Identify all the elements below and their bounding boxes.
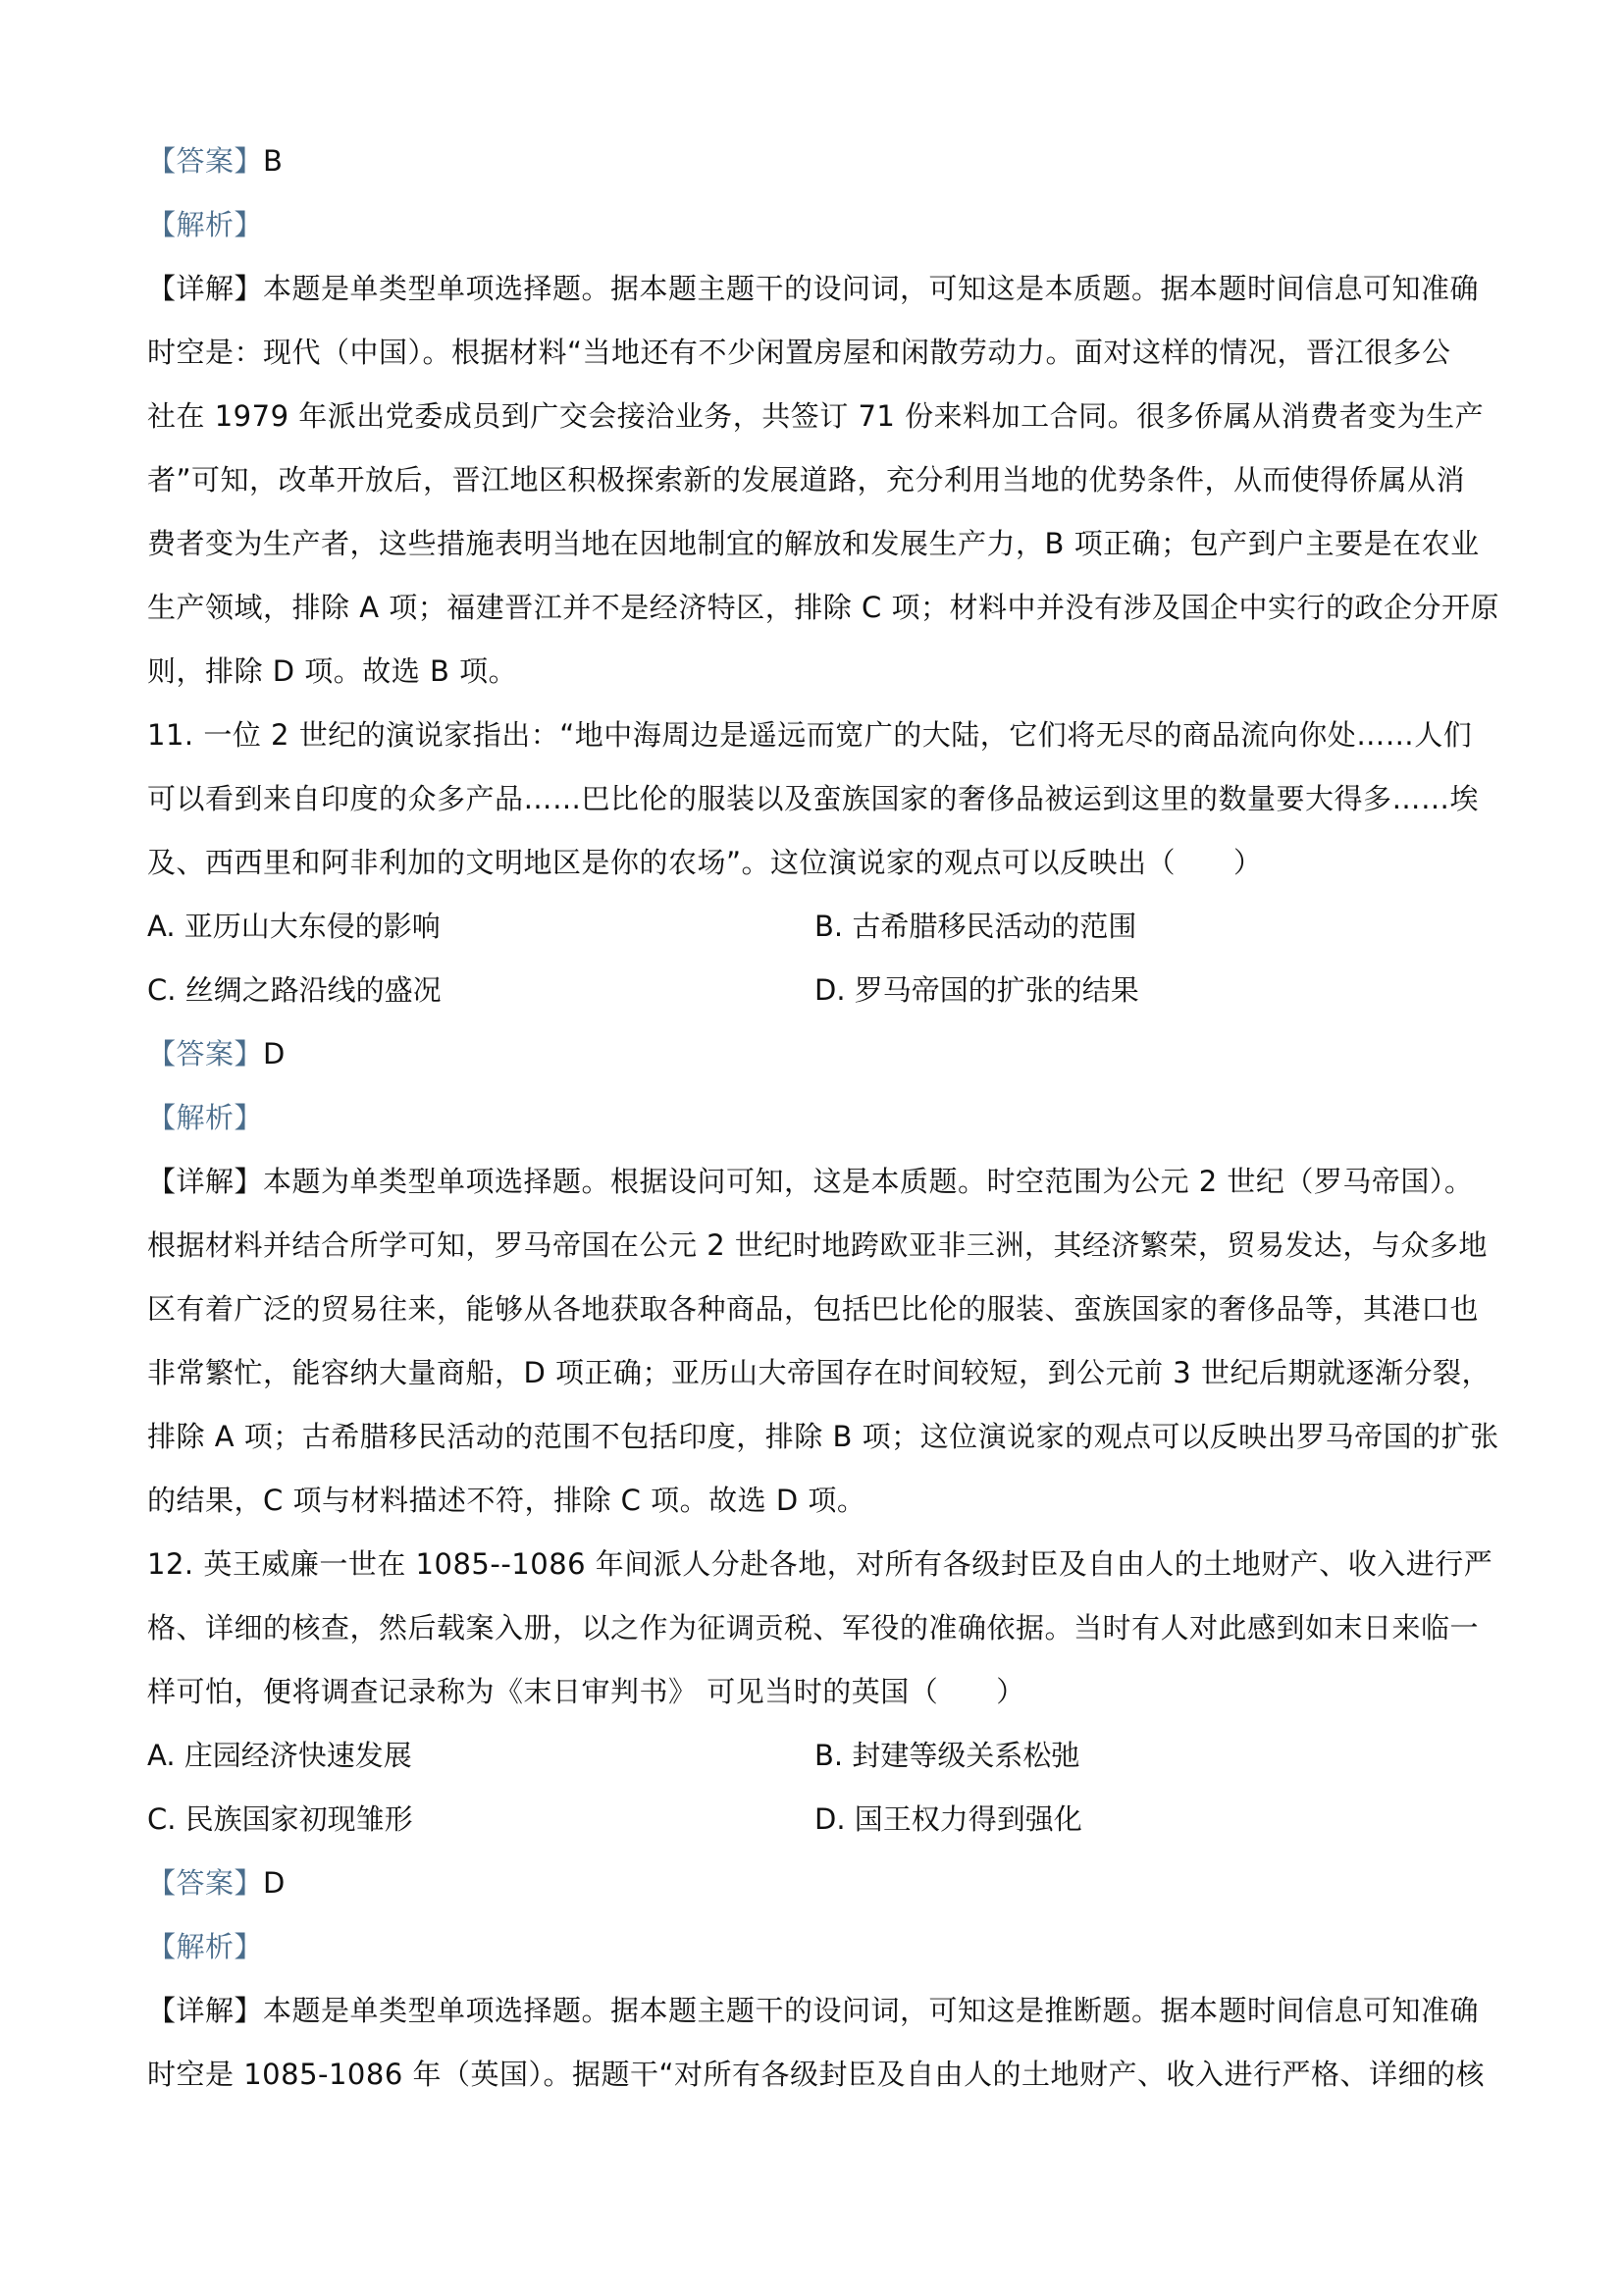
detail-label: 【详解】 [147,1994,263,2027]
option-a: A. 庄园经济快速发展 [147,1724,814,1788]
analysis-label: 【解析】 [147,208,263,241]
options-row: C. 民族国家初现雏形 D. 国王权力得到强化 [147,1788,1487,1852]
detail-text: 本题为单类型单项选择题。根据设问可知，这是本质题。时空范围为公元 2 世纪（罗马… [263,1165,1473,1198]
answer-value: D [263,1866,286,1900]
detail-line: 【详解】本题是单类型单项选择题。据本题主题干的设问词，可知这是本质题。据本题时间… [147,257,1487,321]
analysis-label: 【解析】 [147,1930,263,1963]
analysis-heading: 【解析】 [147,193,1487,257]
question-stem: 样可怕，便将调查记录称为《末日审判书》 可见当时的英国（ ） [147,1660,1487,1724]
detail-line: 排除 A 项；古希腊移民活动的范围不包括印度，排除 B 项；这位演说家的观点可以… [147,1405,1487,1469]
question-stem: 12. 英王威廉一世在 1085--1086 年间派人分赴各地，对所有各级封臣及… [147,1533,1487,1596]
answer-line: 【答案】D [147,1022,1487,1086]
detail-line: 区有着广泛的贸易往来，能够从各地获取各种商品，包括巴比伦的服装、蛮族国家的奢侈品… [147,1278,1487,1341]
detail-line: 的结果，C 项与材料描述不符，排除 C 项。故选 D 项。 [147,1469,1487,1533]
option-d: D. 国王权力得到强化 [814,1788,1482,1852]
answer-line: 【答案】B [147,130,1487,193]
detail-label: 【详解】 [147,1165,263,1198]
detail-text: 本题是单类型单项选择题。据本题主题干的设问词，可知这是推断题。据本题时间信息可知… [263,1994,1479,2027]
detail-text: 本题是单类型单项选择题。据本题主题干的设问词，可知这是本质题。据本题时间信息可知… [263,272,1479,305]
detail-line: 【详解】本题是单类型单项选择题。据本题主题干的设问词，可知这是推断题。据本题时间… [147,1979,1487,2043]
answer-value: B [263,144,283,178]
question-stem: 及、西西里和阿非利加的文明地区是你的农场”。这位演说家的观点可以反映出（ ） [147,831,1487,895]
detail-label: 【详解】 [147,272,263,305]
detail-line: 根据材料并结合所学可知，罗马帝国在公元 2 世纪时地跨欧亚非三洲，其经济繁荣，贸… [147,1214,1487,1278]
answer-value: D [263,1037,286,1070]
answer-label: 【答案】 [147,1037,263,1070]
answer-label: 【答案】 [147,1866,263,1900]
option-c: C. 丝绸之路沿线的盛况 [147,959,814,1022]
option-b: B. 封建等级关系松弛 [814,1724,1482,1788]
answer-line: 【答案】D [147,1852,1487,1915]
options-row: C. 丝绸之路沿线的盛况 D. 罗马帝国的扩张的结果 [147,959,1487,1022]
question-stem: 格、详细的核查，然后载案入册，以之作为征调贡税、军役的准确依据。当时有人对此感到… [147,1596,1487,1660]
document-page: 【答案】B 【解析】 【详解】本题是单类型单项选择题。据本题主题干的设问词，可知… [147,130,1487,2107]
question-stem: 11. 一位 2 世纪的演说家指出：“地中海周边是遥远而宽广的大陆，它们将无尽的… [147,704,1487,767]
detail-line: 则，排除 D 项。故选 B 项。 [147,640,1487,704]
detail-line: 时空是：现代（中国）。根据材料“当地还有不少闲置房屋和闲散劳动力。面对这样的情况… [147,321,1487,385]
detail-line: 费者变为生产者，这些措施表明当地在因地制宜的解放和发展生产力，B 项正确；包产到… [147,512,1487,576]
options-row: A. 亚历山大东侵的影响 B. 古希腊移民活动的范围 [147,895,1487,959]
option-b: B. 古希腊移民活动的范围 [814,895,1482,959]
analysis-heading: 【解析】 [147,1915,1487,1979]
question-stem: 可以看到来自印度的众多产品……巴比伦的服装以及蛮族国家的奢侈品被运到这里的数量要… [147,767,1487,831]
option-a: A. 亚历山大东侵的影响 [147,895,814,959]
detail-line: 生产领域，排除 A 项；福建晋江并不是经济特区，排除 C 项；材料中并没有涉及国… [147,576,1487,640]
analysis-heading: 【解析】 [147,1086,1487,1150]
option-d: D. 罗马帝国的扩张的结果 [814,959,1482,1022]
options-row: A. 庄园经济快速发展 B. 封建等级关系松弛 [147,1724,1487,1788]
option-c: C. 民族国家初现雏形 [147,1788,814,1852]
analysis-label: 【解析】 [147,1101,263,1134]
detail-line: 时空是 1085-1086 年（英国）。据题干“对所有各级封臣及自由人的土地财产… [147,2043,1487,2107]
detail-line: 【详解】本题为单类型单项选择题。根据设问可知，这是本质题。时空范围为公元 2 世… [147,1150,1487,1214]
detail-line: 者”可知，改革开放后，晋江地区积极探索新的发展道路，充分利用当地的优势条件，从而… [147,448,1487,512]
detail-line: 社在 1979 年派出党委成员到广交会接洽业务，共签订 71 份来料加工合同。很… [147,385,1487,448]
answer-label: 【答案】 [147,144,263,178]
detail-line: 非常繁忙，能容纳大量商船，D 项正确；亚历山大帝国存在时间较短，到公元前 3 世… [147,1341,1487,1405]
